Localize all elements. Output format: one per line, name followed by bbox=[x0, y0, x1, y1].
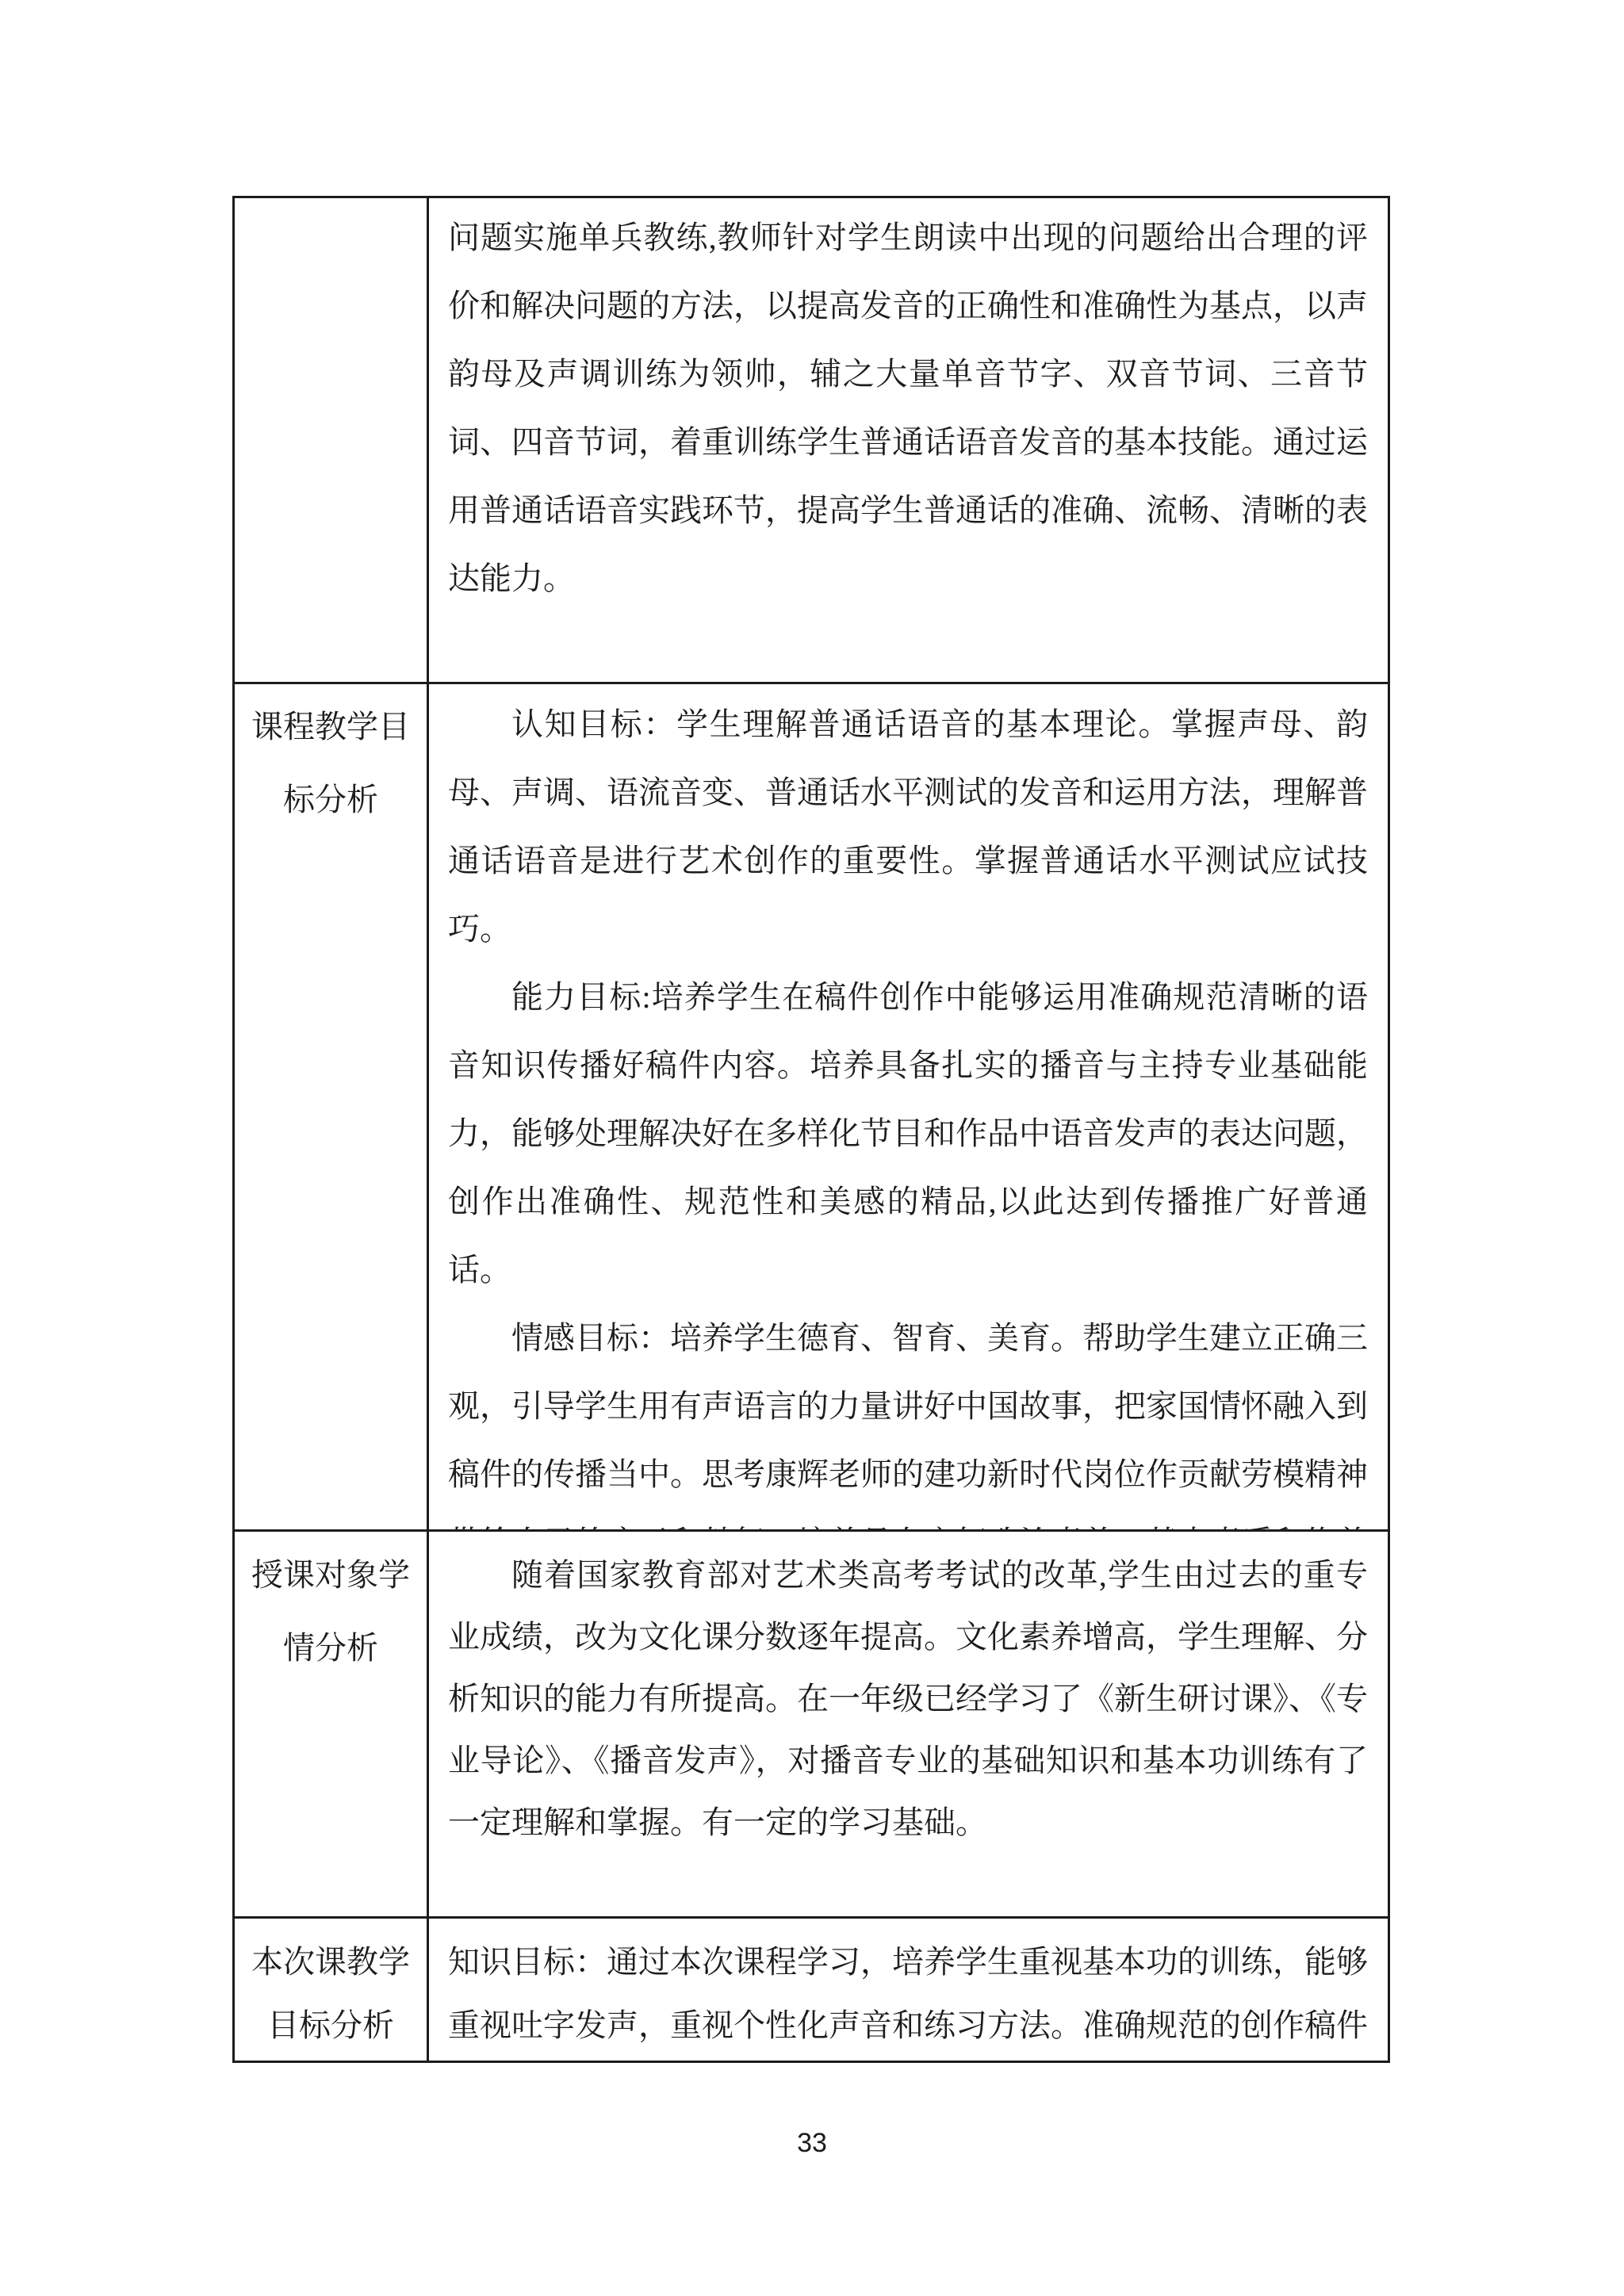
page-number: 33 bbox=[0, 2128, 1624, 2159]
row2-content-cell: 认知目标：学生理解普通话语音的基本理论。掌握声母、韵母、声调、语流音变、普通话水… bbox=[429, 684, 1388, 1532]
ability-objective-paragraph: 能力目标:培养学生在稿件创作中能够运用准确规范清晰的语音知识传播好稿件内容。培养… bbox=[448, 963, 1368, 1304]
row1-label-cell bbox=[235, 198, 429, 684]
row4-content-cell: 知识目标：通过本次课程学习，培养学生重视基本功的训练，能够重视吐字发声，重视个性… bbox=[429, 1919, 1388, 2061]
emotional-objective-paragraph: 情感目标：培养学生德育、智育、美育。帮助学生建立正确三观，引导学生用有声语言的力… bbox=[448, 1304, 1368, 1532]
row2-label-course-objectives: 课程教学目标分析 bbox=[235, 684, 429, 1532]
lesson-plan-table: 问题实施单兵教练,教师针对学生朗读中出现的问题给出合理的评价和解决问题的方法，以… bbox=[232, 196, 1390, 2063]
student-analysis-paragraph: 随着国家教育部对艺术类高考考试的改革,学生由过去的重专业成绩，改为文化课分数逐年… bbox=[448, 1544, 1368, 1854]
row1-paragraph: 问题实施单兵教练,教师针对学生朗读中出现的问题给出合理的评价和解决问题的方法，以… bbox=[448, 204, 1368, 613]
row3-label-student-analysis: 授课对象学情分析 bbox=[235, 1532, 429, 1919]
row1-content-cell: 问题实施单兵教练,教师针对学生朗读中出现的问题给出合理的评价和解决问题的方法，以… bbox=[429, 198, 1388, 684]
cognitive-objective-paragraph: 认知目标：学生理解普通话语音的基本理论。掌握声母、韵母、声调、语流音变、普通话水… bbox=[448, 691, 1368, 963]
knowledge-objective-paragraph: 知识目标：通过本次课程学习，培养学生重视基本功的训练，能够重视吐字发声，重视个性… bbox=[448, 1931, 1368, 2057]
row4-label-lesson-objectives: 本次课教学目标分析 bbox=[235, 1919, 429, 2061]
row3-content-cell: 随着国家教育部对艺术类高考考试的改革,学生由过去的重专业成绩，改为文化课分数逐年… bbox=[429, 1532, 1388, 1919]
